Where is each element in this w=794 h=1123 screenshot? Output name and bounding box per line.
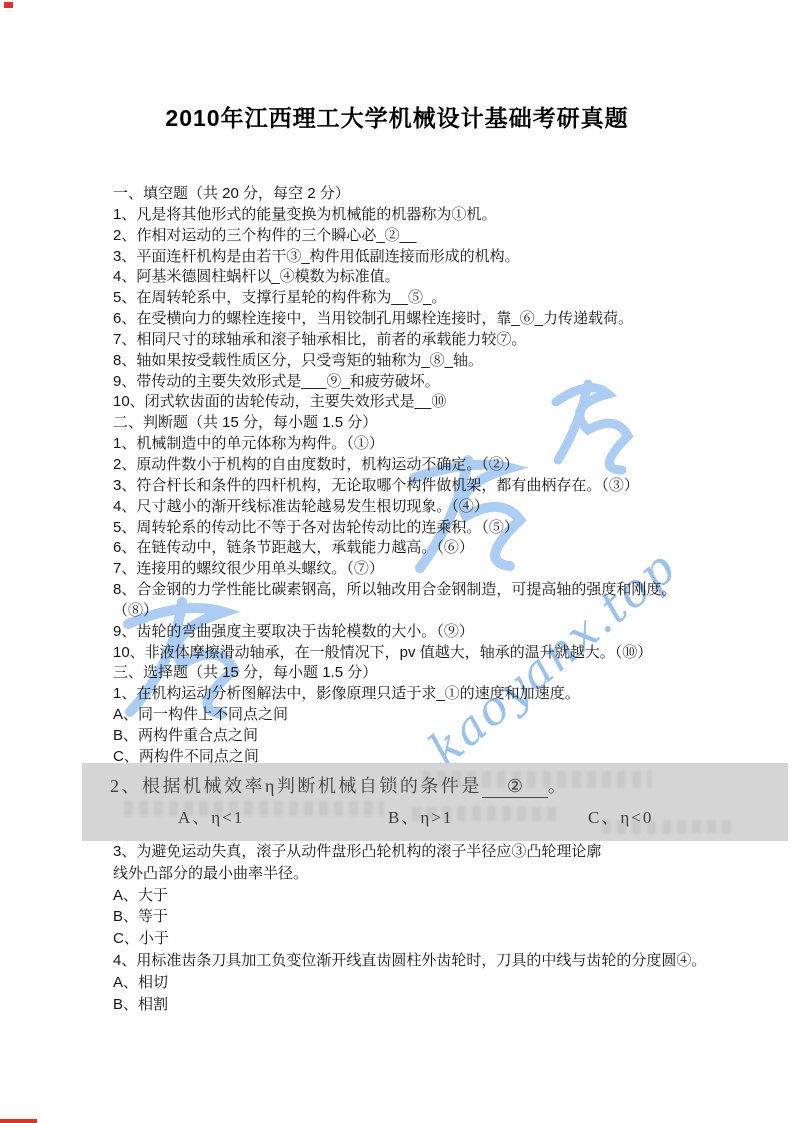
question-line: 5、在周转轮系中，支撑行星轮的构件称为__⑤_。 bbox=[113, 288, 713, 309]
document-page: kaoyanx.top 2010年江西理工大学机械设计基础考研真题 一、填空题（… bbox=[0, 0, 794, 1123]
question-line: 8、轴如果按受载性质区分，只受弯矩的轴称为_⑧_轴。 bbox=[113, 351, 713, 372]
question-line: 4、阿基米德圆柱蜗杆以_④模数为标准值。 bbox=[113, 267, 713, 288]
figure-answer-blank: ② bbox=[482, 776, 548, 798]
question-line: 9、齿轮的弯曲强度主要取决于齿轮模数的大小。（⑨） bbox=[113, 622, 713, 643]
question-line: （⑧） bbox=[113, 601, 713, 622]
question-line: 3、平面连杆机构是由若干③_构件用低副连接而形成的机构。 bbox=[113, 247, 713, 268]
scanned-question-image: 2、根据机械效率η判断机械自锁的条件是②。 A、η<1 B、η>1 C、η<0 bbox=[82, 763, 788, 841]
question-line: 4、尺寸越小的渐开线标准齿轮越易发生根切现象。（④） bbox=[113, 497, 713, 518]
figure-option-c: C、η<0 bbox=[588, 803, 653, 828]
question-line: 1、机械制造中的单元体称为构件。（①） bbox=[113, 434, 713, 455]
question-line: 6、在链传动中，链条节距越大，承载能力越高。（⑥） bbox=[113, 538, 713, 559]
question-line: 2、原动件数小于机构的自由度数时，机构运动不确定。（②） bbox=[113, 455, 713, 476]
section2-heading: 二、判断题（共 15 分，每小题 1.5 分） bbox=[113, 413, 713, 434]
question-line: 3、符合杆长和条件的四杆机构，无论取哪个构件做机架，都有曲柄存在。（③） bbox=[113, 476, 713, 497]
question-line: 9、带传动的主要失效形式是___⑨_和疲劳破坏。 bbox=[113, 372, 713, 393]
option-line: B、等于 bbox=[113, 906, 713, 928]
question-line: 6、在受横向力的螺栓连接中，当用铰制孔用螺栓连接时，靠_⑥_力传递载荷。 bbox=[113, 309, 713, 330]
figure-question-period: 。 bbox=[548, 776, 569, 796]
question-line: 7、相同尺寸的球轴承和滚子轴承相比，前者的承载能力较⑦。 bbox=[113, 330, 713, 351]
question-line: 4、用标准齿条刀具加工负变位渐开线直齿圆柱外齿轮时，刀具的中线与齿轮的分度圆④。 bbox=[113, 950, 713, 972]
question-line: 线外凸部分的最小曲率半径。 bbox=[113, 863, 713, 885]
question-line: 1、在机构运动分析图解法中，影像原理只适于求_①的速度和加速度。 bbox=[113, 684, 713, 705]
question-line: 5、周转轮系的传动比不等于各对齿轮传动比的连乘积。（⑤） bbox=[113, 518, 713, 539]
question-line: 3、为避免运动失真，滚子从动件盘形凸轮机构的滚子半径应③凸轮理论廓 bbox=[113, 841, 713, 863]
option-line: C、小于 bbox=[113, 928, 713, 950]
figure-option-b: B、η>1 bbox=[388, 803, 453, 828]
figure-question-text: 2、根据机械效率η判断机械自锁的条件是 bbox=[110, 776, 482, 796]
page-title: 2010年江西理工大学机械设计基础考研真题 bbox=[0, 100, 794, 133]
scan-noise bbox=[124, 801, 384, 816]
option-line: A、大于 bbox=[113, 885, 713, 907]
question-line: 10、非液体摩擦滑动轴承，在一般情况下，pv 值越大，轴承的温升就越大。（⑩） bbox=[113, 643, 713, 664]
section1-heading: 一、填空题（共 20 分，每空 2 分） bbox=[113, 184, 713, 205]
red-corner-mark-top bbox=[4, 2, 13, 8]
question-line: 1、凡是将其他形式的能量变换为机械能的机器称为①机。 bbox=[113, 205, 713, 226]
red-corner-mark-bottom bbox=[0, 1119, 37, 1123]
question-line: 2、作相对运动的三个构件的三个瞬心必_②__ bbox=[113, 226, 713, 247]
exam-body-upper: 一、填空题（共 20 分，每空 2 分） 1、凡是将其他形式的能量变换为机械能的… bbox=[113, 184, 713, 768]
figure-option-a: A、η<1 bbox=[178, 803, 244, 828]
option-line: A、同一构件上不同点之间 bbox=[113, 705, 713, 726]
question-line: 10、闭式软齿面的齿轮传动，主要失效形式是__⑩ bbox=[113, 392, 713, 413]
section3-heading: 三、选择题（共 15 分，每小题 1.5 分） bbox=[113, 663, 713, 684]
exam-body-lower: 3、为避免运动失真，滚子从动件盘形凸轮机构的滚子半径应③凸轮理论廓 线外凸部分的… bbox=[113, 841, 713, 1015]
option-line: A、相切 bbox=[113, 972, 713, 994]
figure-question-line: 2、根据机械效率η判断机械自锁的条件是②。 bbox=[110, 772, 568, 798]
question-line: 8、合金钢的力学性能比碳素钢高，所以轴改用合金钢制造，可提高轴的强度和刚度。 bbox=[113, 580, 713, 601]
option-line: B、相割 bbox=[113, 994, 713, 1016]
option-line: B、两构件重合点之间 bbox=[113, 726, 713, 747]
question-line: 7、连接用的螺纹很少用单头螺纹。（⑦） bbox=[113, 559, 713, 580]
